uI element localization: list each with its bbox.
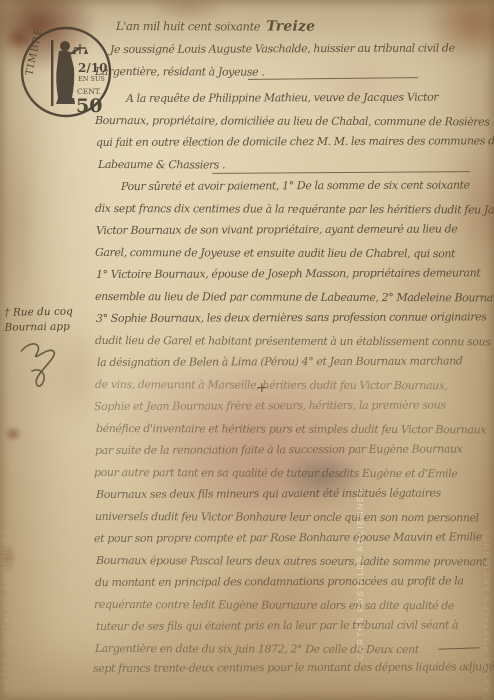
- manuscript-line: bénéfice d'inventaire et héritiers purs …: [96, 422, 486, 436]
- manuscript-line: Bournaux, propriétaire, domiciliée au li…: [95, 114, 490, 128]
- manuscript-line: L'an mil huit cent soixanteTreize: [116, 18, 315, 35]
- flourish-rule: [438, 647, 480, 649]
- manuscript-line: Pour sûreté et avoir paiement, 1° De la …: [121, 178, 470, 193]
- cross-annotation: +: [256, 380, 268, 396]
- manuscript-line: Je soussigné Louis Auguste Vaschalde, hu…: [110, 41, 455, 56]
- manuscript-line: qui fait en outre élection de domicile c…: [96, 134, 494, 149]
- opening-prefix: L'an mil huit cent soixante: [116, 19, 260, 34]
- manuscript-line: Victor Bournaux de son vivant propriétai…: [96, 222, 457, 237]
- manuscript-line: par suite de la renonciation faite à la …: [95, 442, 463, 457]
- manuscript-line: universels dudit feu Victor Bonhaure leu…: [95, 510, 479, 524]
- manuscript-line: la désignation de Belen à Lima (Pérou) 4…: [97, 354, 463, 369]
- manuscript-line: requérante contre ledit Eugène Bournaure…: [94, 598, 454, 612]
- manuscript-line: Largentière en date du six juin 1872, 2°…: [95, 642, 419, 656]
- margin-note-line1: † Rue du coq: [4, 304, 90, 320]
- manuscript-line: Largentière, résidant à Joyeuse .: [95, 65, 264, 79]
- manuscript-line: Bournaux ses deux fils mineurs qui avaie…: [96, 486, 441, 501]
- manuscript-line: dudit lieu de Garel et habitant présente…: [95, 334, 490, 348]
- edge-stain: [0, 110, 40, 330]
- edge-spot: [4, 426, 22, 442]
- manuscript-line: 1° Victoire Bournaux, épouse de Joseph M…: [96, 266, 480, 281]
- flourish-rule: [248, 77, 418, 80]
- manuscript-line: Sophie et Jean Bournaux frère et soeurs,…: [94, 398, 446, 413]
- opening-year-word: Treize: [260, 19, 315, 35]
- manuscript-page: TIMBRE 2/10 EN SUS CENT. 50 L'an mil hui…: [0, 0, 494, 700]
- manuscript-line: tuteur de ses fils qui étaient pris en l…: [96, 618, 458, 633]
- manuscript-line: pour autre part tant en sa qualité de tu…: [94, 466, 457, 480]
- margin-note-line2: Bournai app: [4, 319, 90, 335]
- manuscript-line: A la requête de Philippine Mathieu, veuv…: [126, 91, 438, 105]
- manuscript-line: Labeaume & Chassiers .: [98, 158, 225, 171]
- manuscript-line: 3° Sophie Bournaux, les deux dernières s…: [96, 310, 486, 325]
- dagger-mark: †: [4, 307, 9, 319]
- flourish-rule: [212, 171, 470, 174]
- edge-spot: [0, 542, 16, 572]
- manuscript-line: sept francs trente-deux centimes pour le…: [93, 660, 494, 675]
- faint-stain: [298, 52, 428, 116]
- manuscript-line: Bournaux épouse Pascal leurs deux autres…: [96, 554, 486, 568]
- manuscript-line: du montant en principal des condamnation…: [95, 574, 464, 589]
- manuscript-line: dix sept francs dix centimes due à la re…: [95, 202, 494, 216]
- manuscript-line: et pour son propre compte et par Rose Bo…: [94, 530, 482, 545]
- manuscript-line: Garel, commune de Joyeuse et ensuite aud…: [95, 246, 455, 260]
- watermark-text: CARTES POSTALES ANCIENNES: [1, 408, 11, 700]
- manuscript-line: ensemble au lieu de Died par commune de …: [95, 290, 494, 304]
- margin-note: † Rue du coq Bournai app: [4, 304, 92, 400]
- paraph-flourish-icon: [13, 337, 66, 396]
- manuscript-line: de vins, demeurant à Marseille, héritier…: [95, 378, 448, 392]
